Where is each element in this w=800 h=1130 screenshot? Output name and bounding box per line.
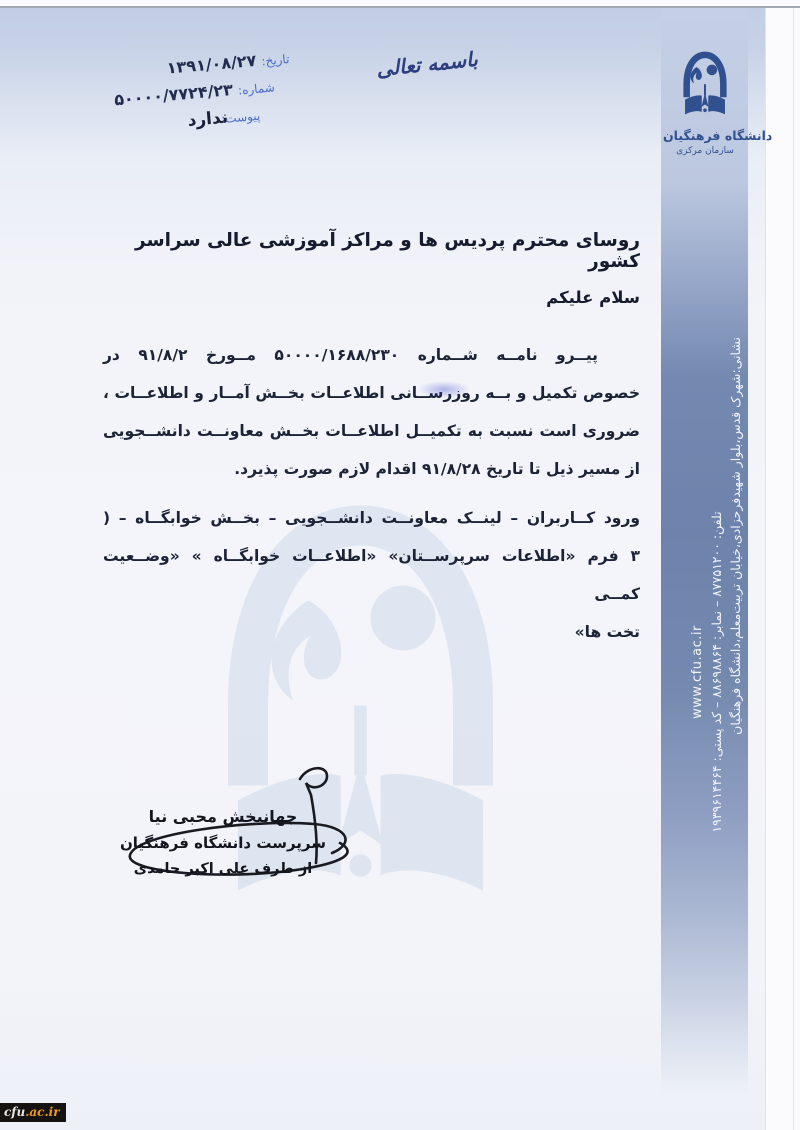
scanner-edge-line (793, 8, 794, 1130)
letterhead-contact-block: www.cfu.ac.ir تلفن: ۸۷۷۵۱۲۰۰ – نمابر: ۸۸… (688, 337, 745, 1007)
date-label: تاریخ: (261, 52, 290, 68)
paper-right-edge (765, 8, 766, 1130)
salutation-line: سلام علیکم (103, 288, 640, 307)
university-logo-block: دانشگاه فرهنگیان سازمان مرکزی (663, 44, 747, 156)
badge-suffix: .ac.ir (25, 1103, 59, 1122)
letter-body: پیــرو نامــه شــماره ۵۰۰۰۰/۱۶۸۸/۲۳۰ مــ… (103, 336, 640, 651)
attachment-label: پیوست: (221, 109, 261, 126)
date-value: ۱۳۹۱/۰۸/۲۷ (166, 51, 257, 78)
body-line: از مسیر ذیل تا تاریخ ۹۱/۸/۲۸ اقدام لازم … (103, 450, 640, 488)
phone-fax-postal-line: تلفن: ۸۷۷۵۱۲۰۰ – نمابر: ۸۸۶۹۸۸۶۴ – کد پس… (707, 337, 726, 1007)
pen-correction-mark (418, 381, 470, 398)
signatory-title: سرپرست دانشگاه فرهنگیان (108, 830, 338, 856)
body-line: پیــرو نامــه شــماره ۵۰۰۰۰/۱۶۸۸/۲۳۰ مــ… (103, 336, 640, 374)
body-line: خصوص تکمیل و بــه روزرســانی اطلاعــات ب… (103, 374, 640, 412)
cfu-site-badge: cfu.ac.ir (0, 1103, 66, 1122)
address-line: نشانی:شهرک قدس،بلوار شهیدفرحزادی،خیابان … (726, 337, 745, 1007)
organization-name: سازمان مرکزی (663, 146, 747, 156)
badge-prefix: cfu (4, 1103, 25, 1122)
number-label: شماره: (237, 80, 275, 97)
signatory-name: جهانبخش محبی نیا (108, 804, 338, 830)
body-line: ورود کــاربران – لینــک معاونــت دانشــج… (103, 499, 640, 537)
university-name: دانشگاه فرهنگیان (663, 128, 747, 143)
body-line: تخت ها» (103, 613, 640, 651)
body-line: ۳ فرم «اطلاعات سرپرســتان» «اطلاعــات خو… (103, 537, 640, 613)
website-url: www.cfu.ac.ir (688, 337, 707, 1007)
signatory-on-behalf: از طرف علی اکبر حامدی (108, 856, 338, 882)
recipient-line: روسای محترم پردیس ها و مراکز آموزشی عالی… (103, 230, 640, 272)
body-line: ضروری است نسبت به تکمیــل اطلاعــات بخــ… (103, 412, 640, 450)
university-logo-icon (672, 44, 738, 126)
signature-block: جهانبخش محبی نیا سرپرست دانشگاه فرهنگیان… (108, 804, 338, 882)
scanned-letter-page: www.cfu.ac.ir تلفن: ۸۷۷۵۱۲۰۰ – نمابر: ۸۸… (0, 0, 800, 1130)
